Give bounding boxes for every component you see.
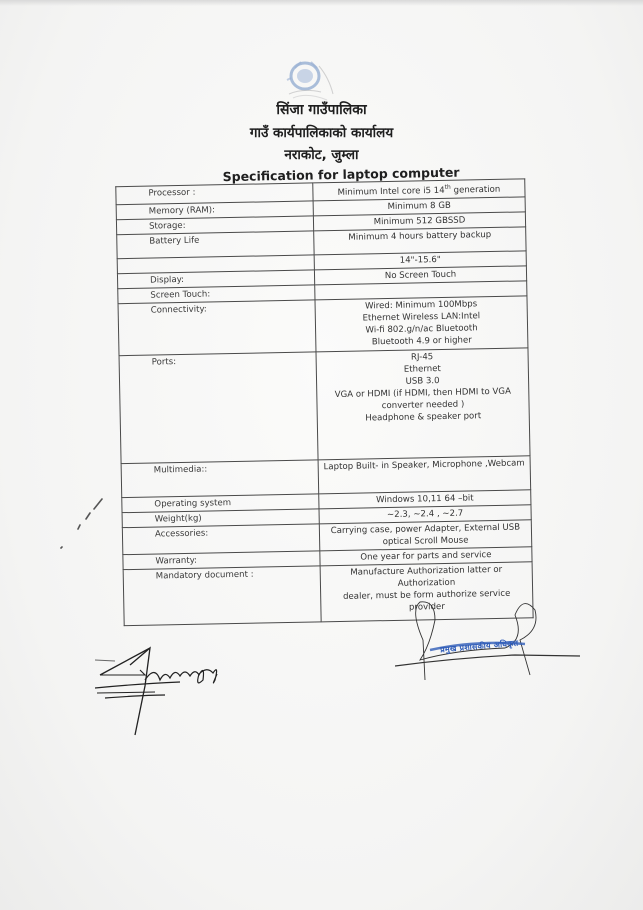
spec-label: Mandatory document : [123,566,321,626]
spec-row: Ports:RJ-45EthernetUSB 3.0VGA or HDMI (i… [119,348,530,464]
spec-label: Accessories: [122,524,319,555]
spec-label: Ports: [119,352,318,464]
left-signature-icon [95,640,235,740]
office-name: गाउँ कार्यपालिकाको कार्यालय [0,123,643,141]
office-location: नराकोट, जुम्ला [0,145,643,163]
scanned-page: सिंजा गाउँपालिका गाउँ कार्यपालिकाको कार्… [0,0,643,910]
scan-edge-shadow [0,0,643,6]
spec-value-line: Bluetooth 4.9 or higher [320,333,523,349]
spec-label: Multimedia:: [121,460,319,498]
spec-row: Connectivity:Wired: Minimum 100MbpsEther… [118,296,528,356]
spec-value: RJ-45EthernetUSB 3.0VGA or HDMI (if HDMI… [316,348,530,460]
spec-value-line: Headphone & speaker port [322,409,525,425]
spec-value: Carrying case, power Adapter, External U… [319,520,531,551]
spec-value: Laptop Built- in Speaker, Microphone ,We… [318,456,531,494]
org-name: सिंजा गाउँपालिका [0,100,643,119]
margin-mark-icon [50,495,110,555]
spec-label: Connectivity: [118,300,316,356]
spec-table: Processor :Minimum Intel core i5 14th ge… [115,178,533,626]
spec-value: Wired: Minimum 100MbpsEthernet Wireless … [315,296,528,352]
municipality-seal-icon [281,58,343,106]
spec-section: Specification for laptop computer Proces… [127,164,534,625]
